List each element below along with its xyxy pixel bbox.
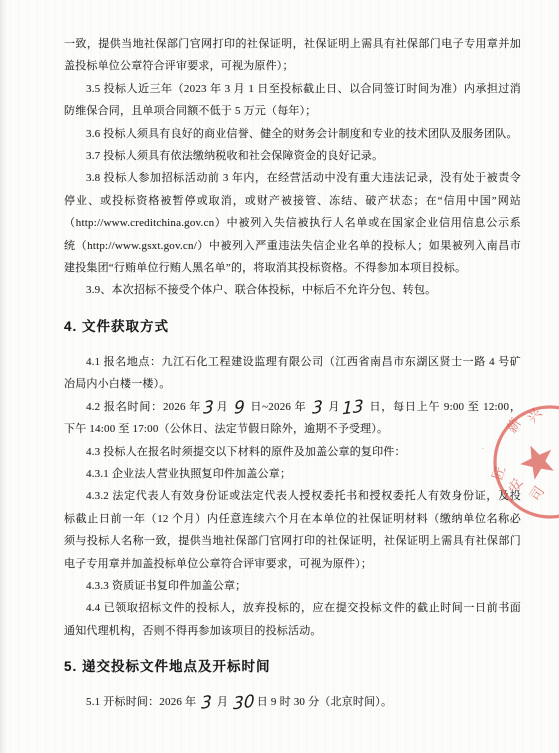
document-line: 防维保合同，且单项合同额不低于 5 万元（每年）； xyxy=(64,100,521,122)
text-run: 4.3.2 法定代表人有效身份证或法定代表人授权委托书和授权委托人有效身份证，及… xyxy=(86,490,521,502)
paragraph: 4.3.1 企业法人营业执照复印件加盖公章； xyxy=(64,463,521,485)
text-run: 须与投标人名称一致，提供当地社保部门官网打印的社保证明，社保证明上需具有社保部门 xyxy=(64,535,521,547)
text-run: 日，每日上午 9:00 至 12:00， xyxy=(366,401,521,413)
text-run: 3.6 投标人须具有良好的商业信誉、健全的财务会计制度和专业的技术团队及服务团队… xyxy=(86,128,518,140)
document-line: 统（http://www.gsxt.gov.cn/）中被列入严重违法失信企业名单… xyxy=(64,235,521,257)
paragraph: 一致，提供当地社保部门官网打印的社保证明，社保证明上需具有社保部门电子专用章并加… xyxy=(64,33,521,78)
scan-left-edge-shadow xyxy=(0,0,7,753)
text-run: 建投集团“行贿单位行贿人黑名单”的，将取消其投标资格。不得参加本项目投标。 xyxy=(64,262,466,274)
document-line: 盖投标单位公章符合评审要求，可视为原件）； xyxy=(64,55,521,77)
document-line: 3.9、本次招标不接受个体户、联合体投标，中标后不允许分包、转包。 xyxy=(64,279,521,301)
text-run: 统（http://www.gsxt.gov.cn/）中被列入严重违法失信企业名单… xyxy=(64,240,521,252)
document-line: 3.8 投标人参加招标活动前 3 年内，在经营活动中没有重大违法记录，没有处于被… xyxy=(64,167,521,189)
paragraph: 4.3.3 资质证书复印件加盖公章； xyxy=(64,575,521,597)
text-run: 通知代理机构，否则不得再参加该项目的投标活动。 xyxy=(64,625,322,637)
section-heading: 4. 文件获取方式 xyxy=(64,315,521,339)
handwritten-date: 9 xyxy=(234,399,245,417)
document-line: 建投集团“行贿单位行贿人黑名单”的，将取消其投标资格。不得参加本项目投标。 xyxy=(64,257,521,279)
paragraph: 3.9、本次招标不接受个体户、联合体投标，中标后不允许分包、转包。 xyxy=(64,279,521,301)
text-run: 4.3.1 企业法人营业执照复印件加盖公章； xyxy=(86,468,291,480)
document-line: 电子专用章并加盖投标单位公章符合评审要求，可视为原件）； xyxy=(64,553,521,575)
document-line: 通知代理机构，否则不得再参加该项目的投标活动。 xyxy=(64,620,521,642)
text-run: 3.5 投标人近三年（2023 年 3 月 1 日至投标截止日、以合同签订时间为… xyxy=(86,83,521,95)
document-line: 4.3.1 企业法人营业执照复印件加盖公章； xyxy=(64,463,521,485)
document-line: 冶局内小白楼一楼）。 xyxy=(64,373,521,395)
scanned-document-page: { "page": { "background": "#fcfcfb", "te… xyxy=(0,0,559,753)
text-run: 标截止日前一年（12 个月）内任意连续六个月在本单位的社保证明材料（缴纳单位名称… xyxy=(64,513,521,525)
document-line: 3.5 投标人近三年（2023 年 3 月 1 日至投标截止日、以合同签订时间为… xyxy=(64,78,521,100)
document-line: 3.7 投标人须具有依法缴纳税收和社会保障资金的良好记录。 xyxy=(64,145,521,167)
text-run: 一致，提供当地社保部门官网打印的社保证明，社保证明上需具有社保部门电子专用章并加 xyxy=(64,38,521,50)
text-run: 3.8 投标人参加招标活动前 3 年内，在经营活动中没有重大违法记录，没有处于被… xyxy=(86,172,521,184)
document-line: 4.4 已领取招标文件的投标人，放弃投标的，应在提交投标文件的截止时间一日前书面 xyxy=(64,597,521,619)
text-run: 防维保合同，且单项合同额不低于 5 万元（每年）； xyxy=(64,105,317,117)
paragraph: 3.8 投标人参加招标活动前 3 年内，在经营活动中没有重大违法记录，没有处于被… xyxy=(64,167,521,279)
seal-char: 兴 xyxy=(524,405,546,427)
text-run: 5.1 开标时间：2026 年 xyxy=(86,696,199,708)
text-run: （http://www.creditchina.gov.cn）中被列入失信被执行… xyxy=(64,217,521,229)
text-run: 日~2026 年 xyxy=(247,401,310,413)
text-run: 月 xyxy=(214,696,231,708)
paragraph: 3.6 投标人须具有良好的商业信誉、健全的财务会计制度和专业的技术团队及服务团队… xyxy=(64,123,521,145)
text-run: 盖投标单位公章符合评审要求，可视为原件）； xyxy=(64,60,294,72)
text-run: 下午 14:00 至 17:00（公休日、法定节假日除外，逾期不予受理）。 xyxy=(64,423,388,435)
text-run: 冶局内小白楼一楼）。 xyxy=(64,378,171,390)
text-run: 停业、或投标资格被暂停或取消，或财产被接管、冻结、破产状态；在“信用中国”网站 xyxy=(64,195,521,207)
paragraph: 4.3 投标人在报名时须提交以下材料的原件及加盖公章的复印件： xyxy=(64,441,521,463)
paragraph: 3.5 投标人近三年（2023 年 3 月 1 日至投标截止日、以合同签订时间为… xyxy=(64,78,521,123)
text-run: 4.4 已领取招标文件的投标人，放弃投标的，应在提交投标文件的截止时间一日前书面 xyxy=(86,602,521,614)
handwritten-date: 13 xyxy=(342,398,364,418)
document-line: 一致，提供当地社保部门官网打印的社保证明，社保证明上需具有社保部门电子专用章并加 xyxy=(64,33,521,55)
text-run: 4.2 报名时间：2026 年 xyxy=(86,401,201,413)
paragraph: 4.1 报名地点：九江石化工程建设监理有限公司（江西省南昌市东湖区贤士一路 4 … xyxy=(64,351,521,396)
document-body: 一致，提供当地社保部门官网打印的社保证明，社保证明上需具有社保部门电子专用章并加… xyxy=(64,33,521,714)
document-line: （http://www.creditchina.gov.cn）中被列入失信被执行… xyxy=(64,212,521,234)
text-run: 4.1 报名地点：九江石化工程建设监理有限公司（江西省南昌市东湖区贤士一路 4 … xyxy=(86,356,521,368)
document-line: 4.1 报名地点：九江石化工程建设监理有限公司（江西省南昌市东湖区贤士一路 4 … xyxy=(64,351,521,373)
text-run: 4.3 投标人在报名时须提交以下材料的原件及加盖公章的复印件： xyxy=(86,446,406,458)
handwritten-date: 3 xyxy=(312,399,323,417)
paragraph: 4.4 已领取招标文件的投标人，放弃投标的，应在提交投标文件的截止时间一日前书面… xyxy=(64,597,521,642)
text-run: 3.9、本次招标不接受个体户、联合体投标，中标后不允许分包、转包。 xyxy=(86,284,436,296)
paragraph: 3.7 投标人须具有依法缴纳税收和社会保障资金的良好记录。 xyxy=(64,145,521,167)
paragraph: 4.3.2 法定代表人有效身份证或法定代表人授权委托书和授权委托人有效身份证，及… xyxy=(64,485,521,575)
paragraph: 4.2 报名时间：2026 年3月 9 日~2026 年 3 月13 日，每日上… xyxy=(64,396,521,441)
handwritten-date: 3 xyxy=(203,399,214,417)
text-run: 电子专用章并加盖投标单位公章符合评审要求，可视为原件）； xyxy=(64,558,372,570)
document-line: 5.1 开标时间：2026 年 3 月 30日 9 时 30 分（北京时间）。 xyxy=(64,691,521,713)
seal-char: 司 xyxy=(527,484,548,505)
paragraph: 5.1 开标时间：2026 年 3 月 30日 9 时 30 分（北京时间）。 xyxy=(64,691,521,713)
text-run: 3.7 投标人须具有依法缴纳税收和社会保障资金的良好记录。 xyxy=(86,150,383,162)
text-run: 月 xyxy=(216,401,232,413)
document-line: 4.3.3 资质证书复印件加盖公章； xyxy=(64,575,521,597)
text-run: 日 9 时 30 分（北京时间）。 xyxy=(257,696,392,708)
handwritten-date: 30 xyxy=(233,694,255,714)
handwritten-date: 3 xyxy=(201,694,212,712)
text-run: 月 xyxy=(325,401,340,413)
document-line: 停业、或投标资格被暂停或取消，或财产被接管、冻结、破产状态；在“信用中国”网站 xyxy=(64,190,521,212)
document-line: 4.2 报名时间：2026 年3月 9 日~2026 年 3 月13 日，每日上… xyxy=(64,396,521,418)
document-line: 须与投标人名称一致，提供当地社保部门官网打印的社保证明，社保证明上需具有社保部门 xyxy=(64,530,521,552)
seal-star-icon xyxy=(515,438,559,482)
document-line: 下午 14:00 至 17:00（公休日、法定节假日除外，逾期不予受理）。 xyxy=(64,418,521,440)
document-line: 3.6 投标人须具有良好的商业信誉、健全的财务会计制度和专业的技术团队及服务团队… xyxy=(64,123,521,145)
document-line: 4.3.2 法定代表人有效身份证或法定代表人授权委托书和授权委托人有效身份证，及… xyxy=(64,485,521,507)
document-line: 4.3 投标人在报名时须提交以下材料的原件及加盖公章的复印件： xyxy=(64,441,521,463)
document-line: 标截止日前一年（12 个月）内任意连续六个月在本单位的社保证明材料（缴纳单位名称… xyxy=(64,508,521,530)
section-heading: 5. 递交投标文件地点及开标时间 xyxy=(64,655,521,679)
text-run: 4.3.3 资质证书复印件加盖公章； xyxy=(86,580,246,592)
